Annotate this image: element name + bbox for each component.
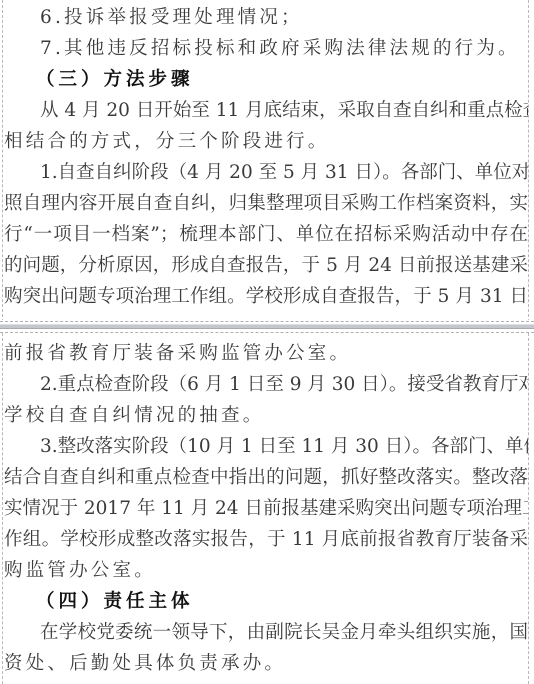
paragraph-line: 的问题，分析原因，形成自查报告，于 5 月 24 日前报送基建采 (4, 250, 528, 281)
paragraph-line: 实情况于 2017 年 11 月 24 日前报基建采购突出问题专项治理工 (4, 493, 528, 524)
text-boundary-right (528, 0, 529, 322)
paragraph-line: 1.自查自纠阶段（4 月 20 至 5 月 31 日）。各部门、单位对 (40, 157, 528, 188)
paragraph-line: 作组。学校形成整改落实报告，于 11 月底前报省教育厅装备采 (4, 524, 528, 555)
text-boundary-left (2, 333, 3, 684)
page-break-separator (0, 320, 534, 334)
paragraph-line: 在学校党委统一领导下，由副院长吴金月牵头组织实施，国 (40, 617, 528, 648)
paragraph-line: 2.重点检查阶段（6 月 1 日至 9 月 30 日）。接受省教育厅对 (40, 369, 528, 400)
section-heading-responsibility: （四）责任主体 (36, 586, 534, 617)
page-gap (0, 324, 534, 329)
paragraph-line: 购监管办公室。 (4, 555, 528, 586)
paragraph-line: 资处、后勤处具体负责承办。 (4, 648, 528, 679)
document-page-2[interactable]: 前报省教育厅装备采购监管办公室。 2.重点检查阶段（6 月 1 日至 9 月 3… (0, 333, 534, 684)
text-boundary-left (2, 0, 3, 322)
document-page-1[interactable]: 6.投诉举报受理处理情况； 7.其他违反招标投标和政府采购法律法规的行为。 （三… (0, 0, 534, 322)
text-boundary-right (528, 333, 529, 684)
paragraph-line: 行“一项目一档案”；梳理本部门、单位在招标采购活动中存在 (4, 219, 528, 250)
page-bottom-margin-line (0, 321, 534, 322)
list-item-7: 7.其他违反招标投标和政府采购法律法规的行为。 (40, 33, 528, 64)
list-item-6: 6.投诉举报受理处理情况； (40, 2, 528, 33)
paragraph-line: 从 4 月 20 日开始至 11 月底结束，采取自查自纠和重点检查 (40, 95, 528, 126)
paragraph-line: 学校自查自纠情况的抽查。 (4, 400, 528, 431)
paragraph-line: 照自理内容开展自查自纠，归集整理项目采购工作档案资料，实 (4, 188, 528, 219)
paragraph-line: 结合自查自纠和重点检查中指出的问题，抓好整改落实。整改落 (4, 462, 528, 493)
section-heading-methods: （三）方法步骤 (36, 64, 534, 95)
paragraph-line: 相结合的方式，分三个阶段进行。 (4, 126, 528, 157)
paragraph-line: 前报省教育厅装备采购监管办公室。 (4, 338, 528, 369)
paragraph-line: 3.整改落实阶段（10 月 1 日至 11 月 30 日）。各部门、单位 (40, 431, 528, 462)
paragraph-line: 购突出问题专项治理工作组。学校形成自查报告，于 5 月 31 日 (4, 281, 528, 312)
